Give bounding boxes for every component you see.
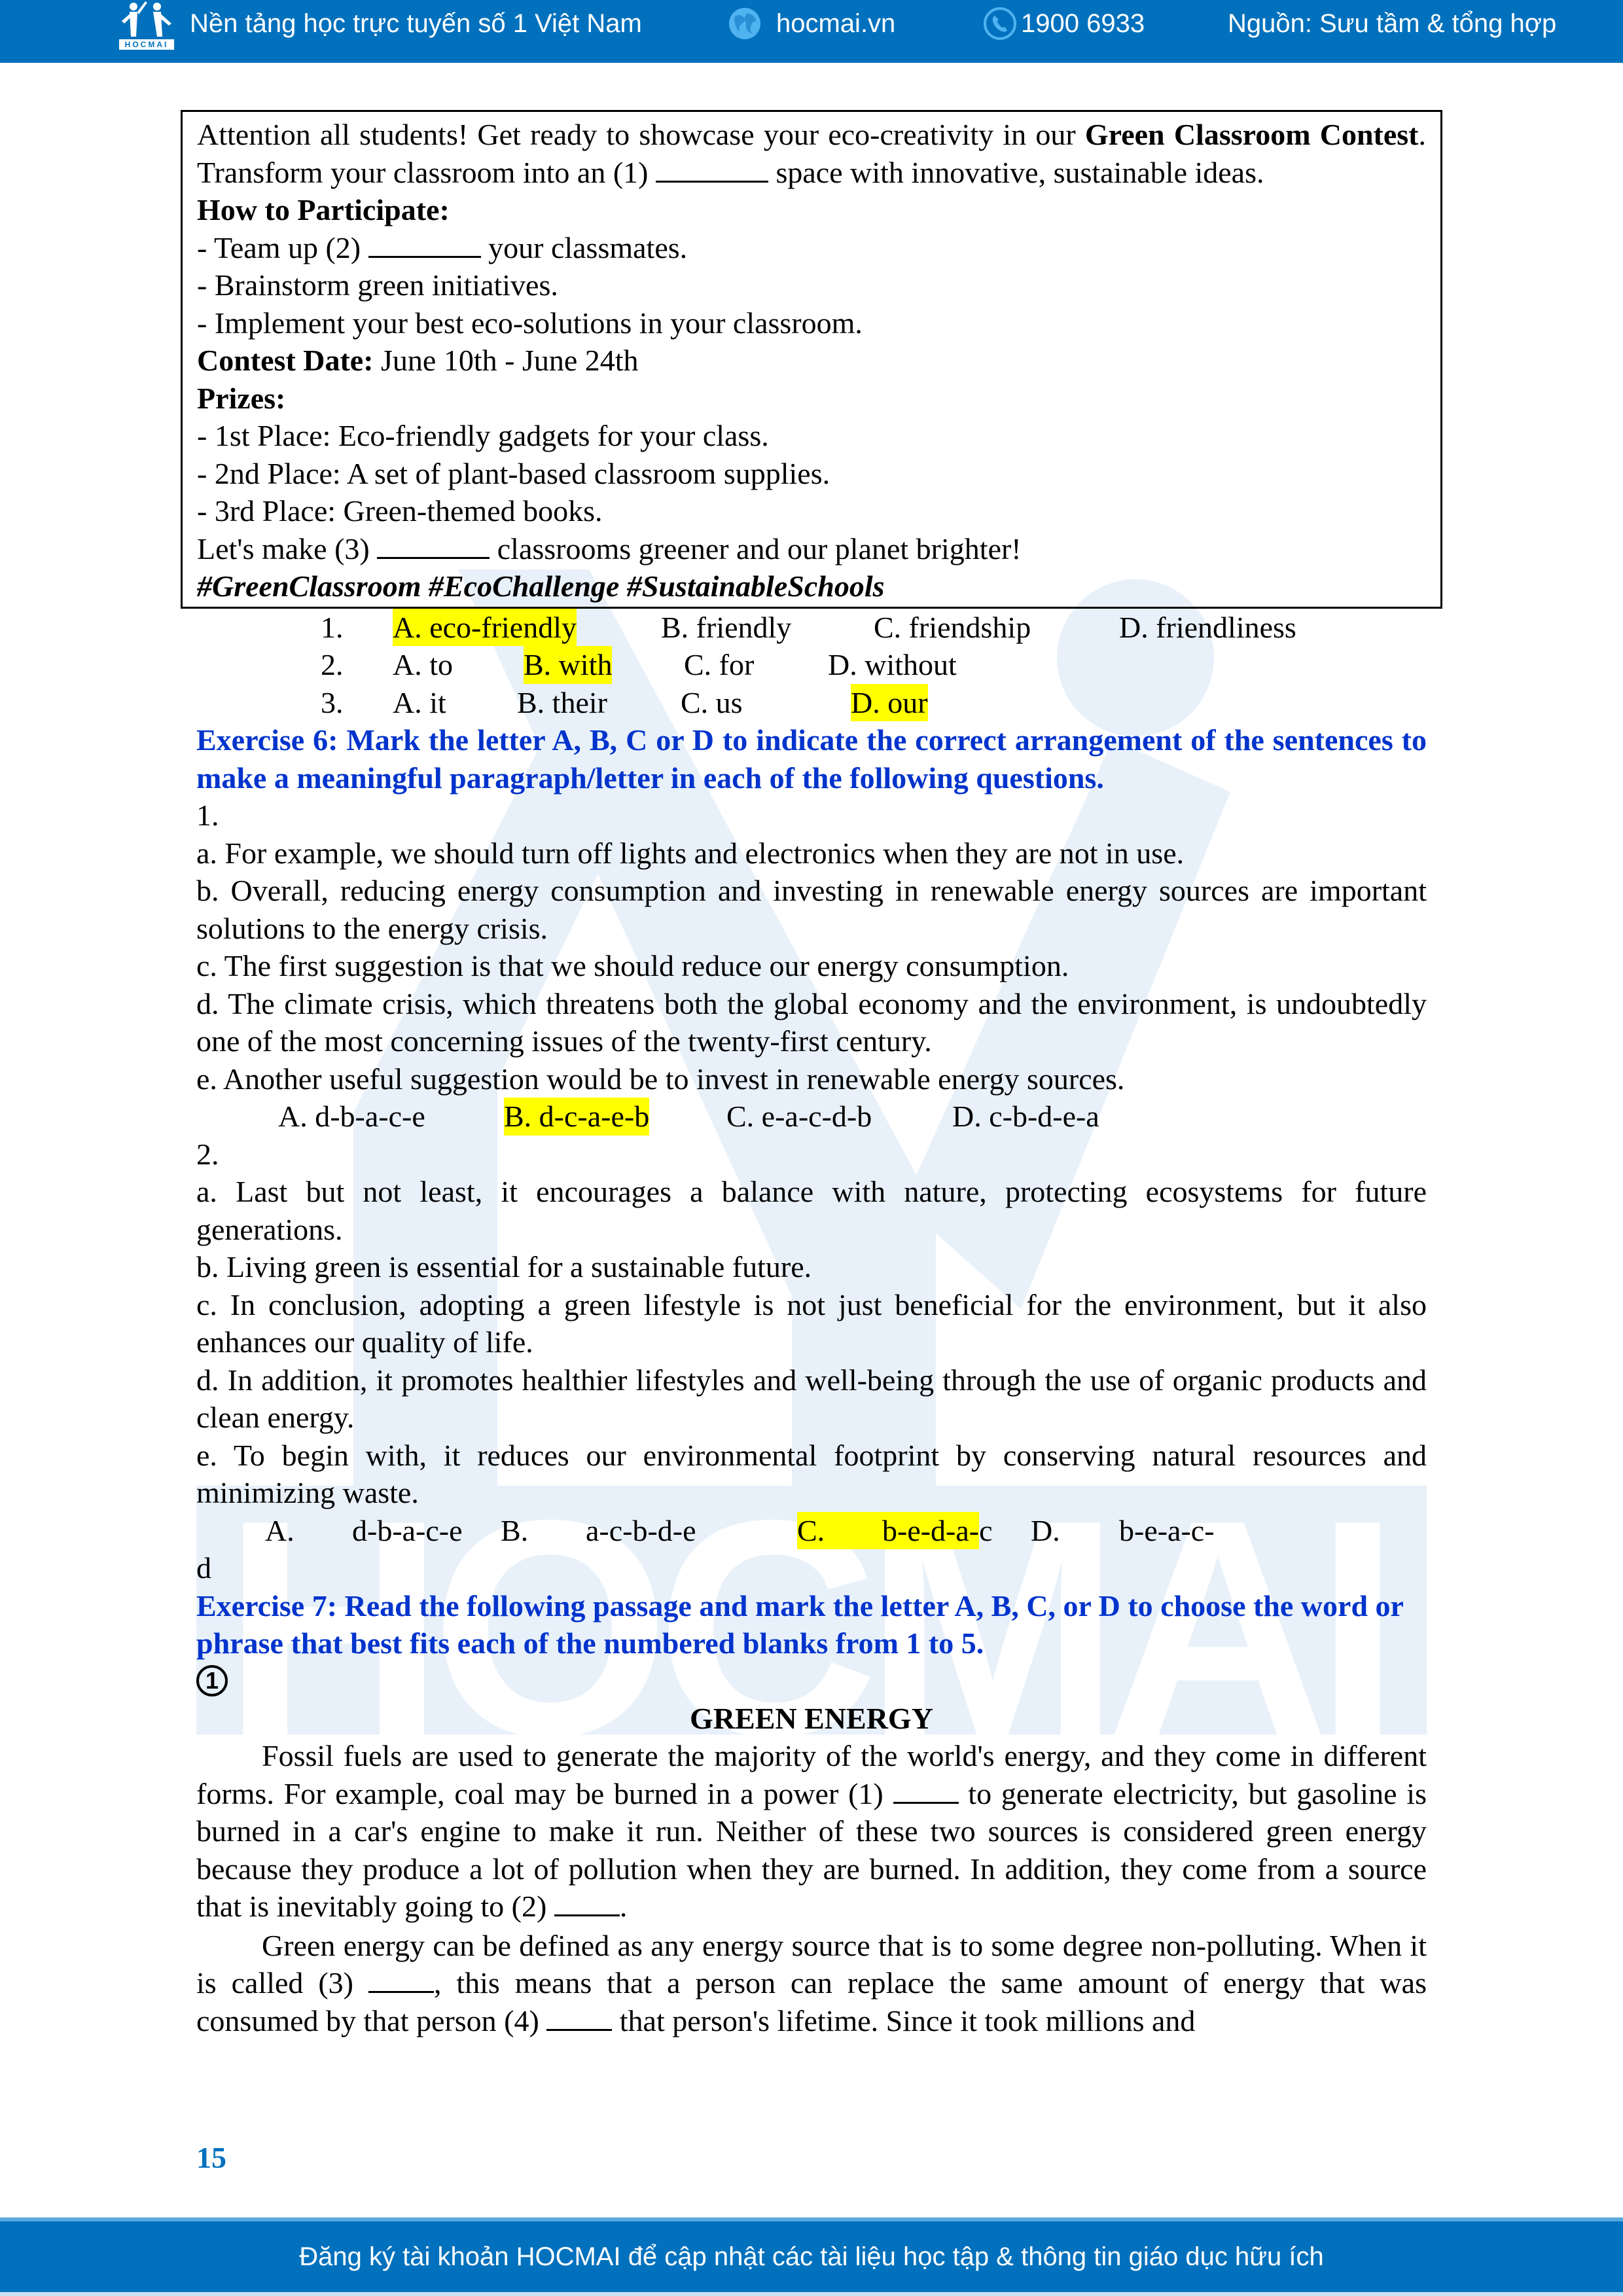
website-link[interactable]: hocmai.vn xyxy=(728,0,895,47)
question-number: 1. xyxy=(321,609,344,647)
hotline-link[interactable]: 1900 6933 xyxy=(983,0,1145,47)
footer-cta[interactable]: Đăng ký tài khoản HOCMAI để cập nhật các… xyxy=(0,2217,1623,2296)
answer-option[interactable]: C. us xyxy=(681,684,743,722)
answer-row: 3.A. itB. theirC. usD. our xyxy=(196,684,1427,722)
answer-option-letter[interactable]: D. xyxy=(1031,1512,1060,1550)
answer-option-letter[interactable]: B. xyxy=(501,1512,528,1550)
contest-name: Green Classroom Contest xyxy=(1085,118,1419,151)
blank-4 xyxy=(546,2003,612,2031)
step-text: - Team up (2) xyxy=(197,231,368,264)
question-number: 2. xyxy=(196,1136,1427,1174)
intro-text: Attention all students! Get ready to sho… xyxy=(197,118,1085,151)
answer-option-value[interactable]: b-e-a-c- xyxy=(1119,1512,1215,1550)
blank-3 xyxy=(377,531,490,559)
blank-2 xyxy=(554,1888,620,1916)
source-text: Nguồn: Sưu tầm & tổng hợp xyxy=(1228,9,1556,39)
sentence-item: c. In conclusion, adopting a green lifes… xyxy=(196,1286,1427,1361)
passage-paragraph-1: Fossil fuels are used to generate the ma… xyxy=(196,1737,1427,1926)
passage-text: that person's lifetime. Since it took mi… xyxy=(612,2004,1195,2037)
closing-text: Let's make (3) xyxy=(197,532,377,565)
step-3: - Implement your best eco-solutions in y… xyxy=(197,304,1426,342)
footer-bar: Đăng ký tài khoản HOCMAI để cập nhật các… xyxy=(0,2217,1623,2296)
sentence-item: b. Living green is essential for a susta… xyxy=(196,1248,1427,1286)
hotline-text: 1900 6933 xyxy=(1021,9,1145,39)
notice-intro: Attention all students! Get ready to sho… xyxy=(197,116,1426,191)
logo-text: HOCMAI xyxy=(119,39,174,50)
answer-option[interactable]: C. friendship xyxy=(874,609,1031,647)
hocmai-logo-icon[interactable]: HOCMAI xyxy=(119,1,174,50)
prizes-heading: Prizes: xyxy=(197,382,285,415)
step-2: - Brainstorm green initiatives. xyxy=(197,266,1426,304)
answer-option[interactable]: B. friendly xyxy=(661,609,791,647)
step-1: - Team up (2) your classmates. xyxy=(197,229,1426,267)
footer-bottom-strip xyxy=(0,2292,1623,2296)
exercise-6-heading: Exercise 6: Mark the letter A, B, C or D… xyxy=(196,721,1427,797)
answer-row: A.d-b-a-c-eB.a-c-b-d-eC.b-e-d-a-cD.b-e-a… xyxy=(196,1512,1427,1550)
closing-line: Let's make (3) classrooms greener and ou… xyxy=(197,530,1426,568)
answer-option[interactable]: A. it xyxy=(393,684,446,722)
sentence-item: e. To begin with, it reduces our environ… xyxy=(196,1437,1427,1512)
exercise-6-questions: 1.a. For example, we should turn off lig… xyxy=(196,797,1427,1587)
passage-text: . xyxy=(620,1890,628,1923)
sentence-item: d. In addition, it promotes healthier li… xyxy=(196,1361,1427,1437)
answer-option[interactable]: B. d-c-a-e-b xyxy=(504,1098,649,1136)
blank-2 xyxy=(368,230,481,258)
answer-option[interactable]: B. with xyxy=(524,646,612,684)
blank-1 xyxy=(893,1776,959,1804)
answer-option-letter[interactable]: C. xyxy=(797,1512,825,1550)
answer-option[interactable]: D. our xyxy=(851,684,928,722)
page-number: 15 xyxy=(196,2140,226,2175)
question-number: 1. xyxy=(196,797,1427,834)
date-label: Contest Date: xyxy=(197,344,374,377)
answer-option[interactable]: C. e-a-c-d-b xyxy=(726,1098,872,1136)
passage-number-marker: 1 xyxy=(196,1665,228,1696)
answer-option-overflow: d xyxy=(196,1549,1427,1587)
sentence-item: b. Overall, reducing energy consumption … xyxy=(196,872,1427,947)
step-text: your classmates. xyxy=(481,231,688,264)
passage-paragraph-2: Green energy can be defined as any energ… xyxy=(196,1927,1427,2040)
exercise-7-heading: Exercise 7: Read the following passage a… xyxy=(196,1587,1427,1662)
answer-option-value[interactable]: a-c-b-d-e xyxy=(586,1512,696,1550)
answer-row: 2.A. toB. withC. forD. without xyxy=(196,646,1427,684)
website-text: hocmai.vn xyxy=(776,9,895,39)
answer-option[interactable]: A. eco-friendly xyxy=(393,609,577,647)
answer-option[interactable]: C. for xyxy=(684,646,754,684)
sentence-item: a. For example, we should turn off light… xyxy=(196,834,1427,872)
globe-icon xyxy=(728,7,762,41)
tagline-text: Nền tảng học trực tuyến số 1 Việt Nam xyxy=(190,9,642,39)
question-number: 3. xyxy=(321,684,344,722)
sentence-item: a. Last but not least, it encourages a b… xyxy=(196,1173,1427,1248)
answer-option[interactable]: D. without xyxy=(828,646,957,684)
contest-date: Contest Date: June 10th - June 24th xyxy=(197,342,1426,380)
exercise-5-answer-options: 1.A. eco-friendlyB. friendlyC. friendshi… xyxy=(196,609,1427,722)
sentence-item: c. The first suggestion is that we shoul… xyxy=(196,947,1427,985)
closing-text: classrooms greener and our planet bright… xyxy=(490,532,1021,565)
answer-option[interactable]: D. friendliness xyxy=(1119,609,1296,647)
answer-option-letter[interactable]: A. xyxy=(265,1512,294,1550)
tagline: Nền tảng học trực tuyến số 1 Việt Nam xyxy=(190,0,642,47)
header-bar: HOCMAI Nền tảng học trực tuyến số 1 Việt… xyxy=(0,0,1623,63)
answer-row: 1.A. eco-friendlyB. friendlyC. friendshi… xyxy=(196,609,1427,647)
sentence-item: e. Another useful suggestion would be to… xyxy=(196,1060,1427,1098)
answer-option[interactable]: A. d-b-a-c-e xyxy=(278,1098,425,1136)
how-to-participate-heading: How to Participate: xyxy=(197,193,450,226)
answer-option[interactable]: A. to xyxy=(393,646,453,684)
blank-3 xyxy=(368,1965,434,1993)
phone-icon xyxy=(983,7,1017,41)
answer-option-value[interactable]: b-e-d-a-c xyxy=(882,1512,993,1550)
prize-3: - 3rd Place: Green-themed books. xyxy=(197,492,1426,530)
answer-row: A. d-b-a-c-eB. d-c-a-e-bC. e-a-c-d-bD. c… xyxy=(196,1098,1427,1136)
answer-option[interactable]: B. their xyxy=(517,684,607,722)
passage-title: GREEN ENERGY xyxy=(196,1700,1427,1738)
intro-text: space with innovative, sustainable ideas… xyxy=(768,156,1264,189)
source-note: Nguồn: Sưu tầm & tổng hợp xyxy=(1228,0,1556,47)
answer-option-value[interactable]: d-b-a-c-e xyxy=(352,1512,463,1550)
prize-1: - 1st Place: Eco-friendly gadgets for yo… xyxy=(197,417,1426,455)
hashtags: #GreenClassroom #EcoChallenge #Sustainab… xyxy=(197,569,885,603)
page-content: Attention all students! Get ready to sho… xyxy=(196,110,1427,2039)
prize-2: - 2nd Place: A set of plant-based classr… xyxy=(197,455,1426,493)
sentence-item: d. The climate crisis, which threatens b… xyxy=(196,985,1427,1060)
answer-option[interactable]: D. c-b-d-e-a xyxy=(952,1098,1099,1136)
question-number: 2. xyxy=(321,646,344,684)
contest-notice-box: Attention all students! Get ready to sho… xyxy=(181,110,1442,609)
date-value: June 10th - June 24th xyxy=(374,344,639,377)
blank-1 xyxy=(656,154,768,183)
